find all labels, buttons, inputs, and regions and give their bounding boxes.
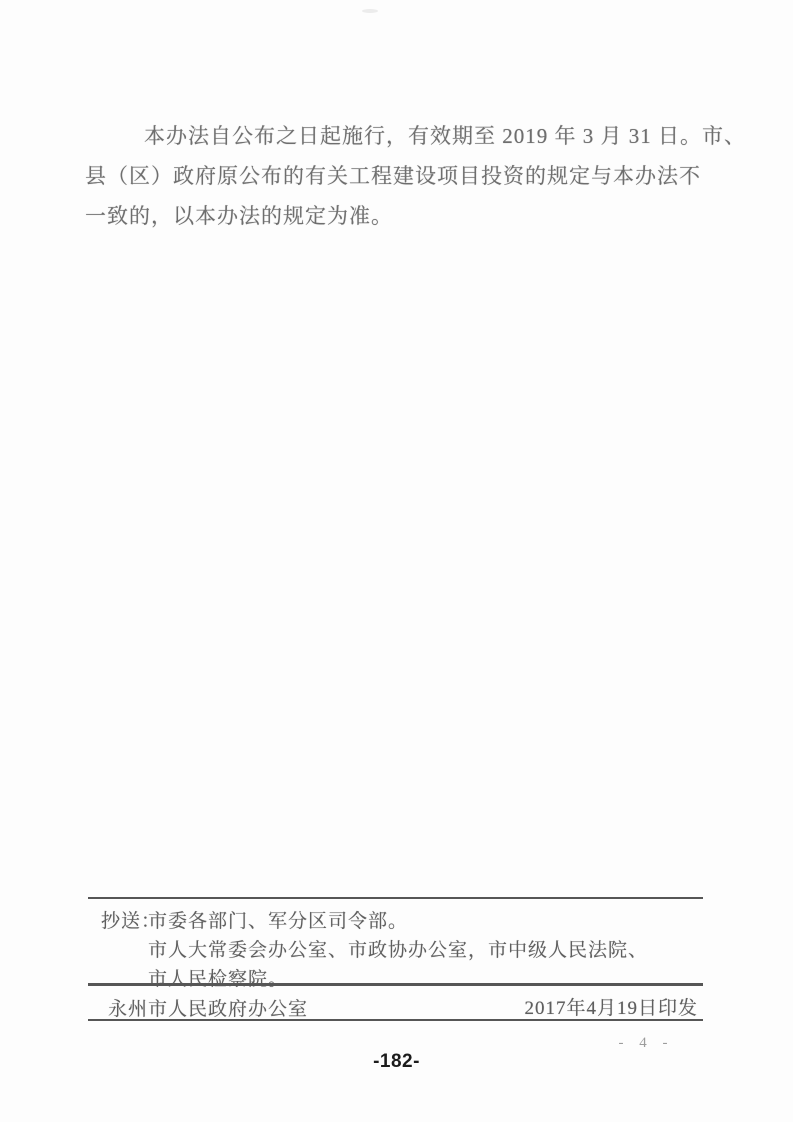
copy-to-line: 市委各部门、军分区司令部。 <box>148 906 408 933</box>
body-paragraph-line: 本办法自公布之日起施行，有效期至 2019 年 3 月 31 日。市、 <box>85 116 710 156</box>
print-date: 2017年4月19日印发 <box>524 993 698 1020</box>
scanned-document-page: 本办法自公布之日起施行，有效期至 2019 年 3 月 31 日。市、 县（区）… <box>0 0 793 1122</box>
copy-to-line: 市人民检察院。 <box>148 964 288 991</box>
footer-top-rule <box>88 897 703 899</box>
scan-artifact <box>362 9 378 13</box>
footer-bottom-rule <box>88 1019 703 1021</box>
copy-to-line: 市人大常委会办公室、市政协办公室，市中级人民法院、 <box>148 935 648 962</box>
body-paragraph: 本办法自公布之日起施行，有效期至 2019 年 3 月 31 日。市、 县（区）… <box>85 116 710 236</box>
body-paragraph-line: 一致的，以本办法的规定为准。 <box>85 196 710 236</box>
footer-middle-rule <box>88 983 703 986</box>
document-page-number: - 4 - <box>601 1035 691 1052</box>
issuing-office: 永州市人民政府办公室 <box>108 994 308 1021</box>
book-page-number: -182- <box>0 1051 793 1073</box>
body-paragraph-line: 县（区）政府原公布的有关工程建设项目投资的规定与本办法不 <box>85 156 710 196</box>
